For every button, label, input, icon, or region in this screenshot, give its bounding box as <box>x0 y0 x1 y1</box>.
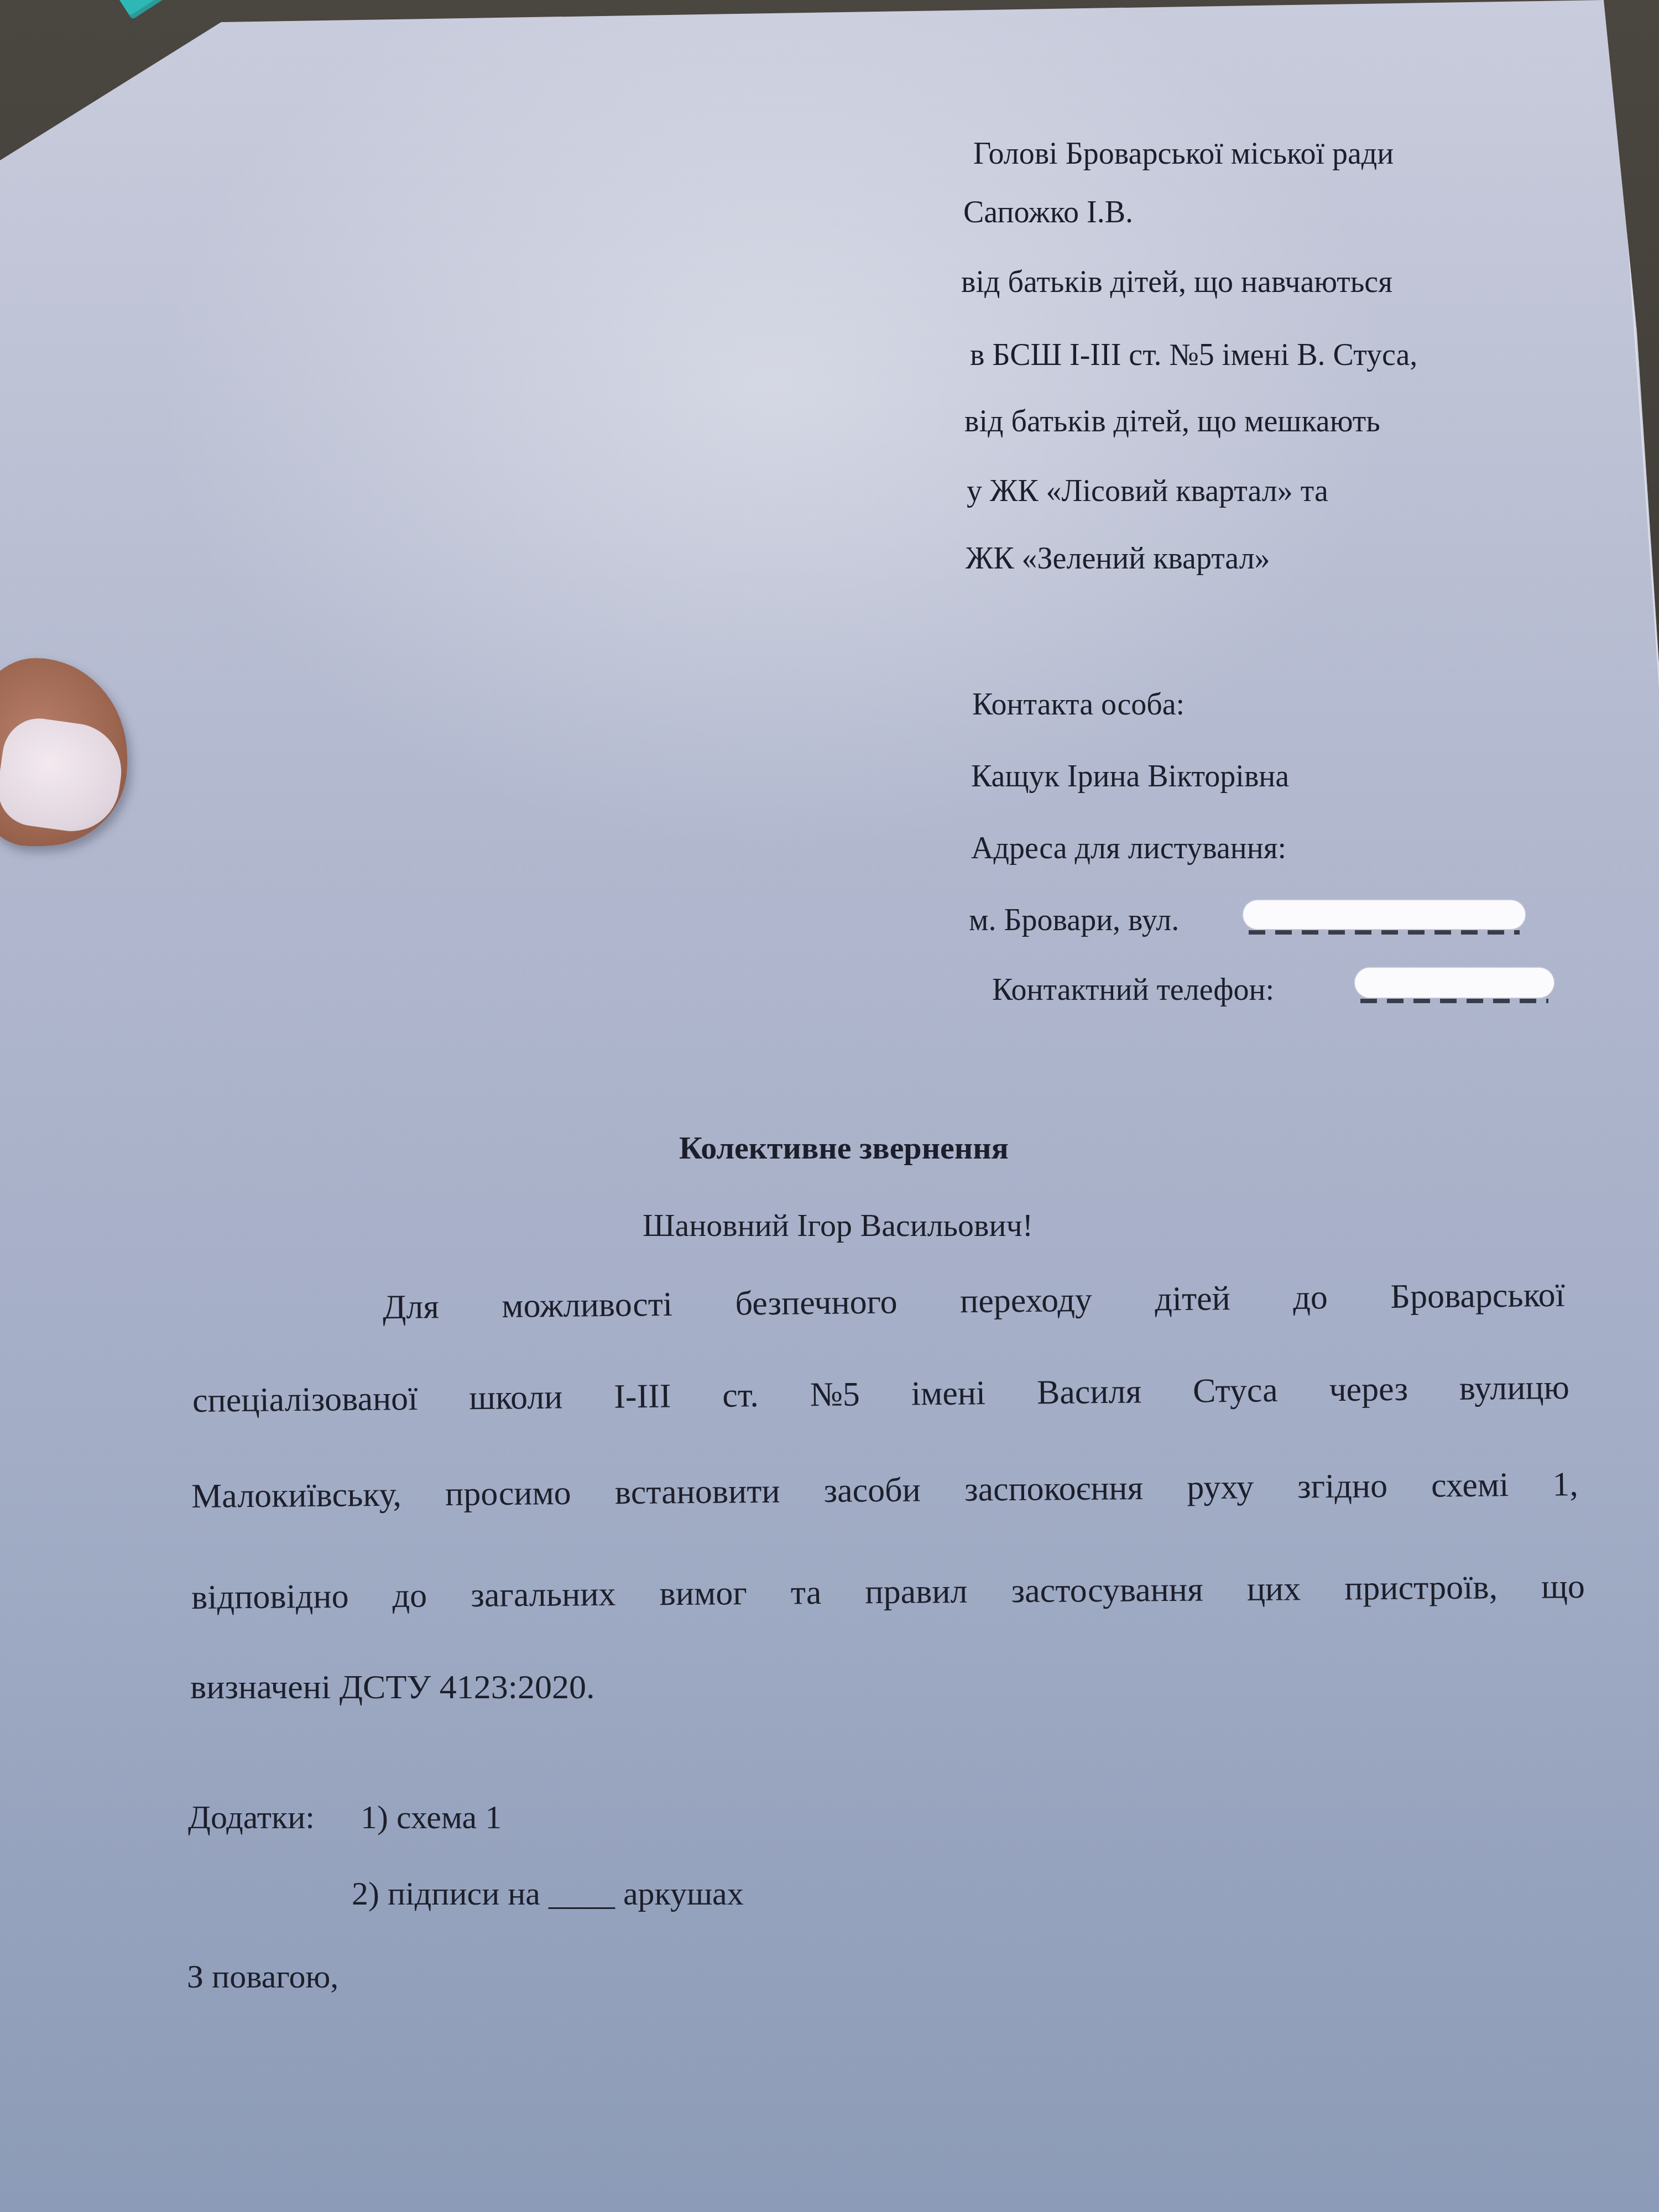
body-line: Для можливості безпечного переходу дітей… <box>383 1276 1566 1327</box>
closing: З повагою, <box>187 1958 338 1996</box>
attachment-item: 2) підписи на ____ аркушах <box>352 1875 744 1913</box>
address-value: м. Бровари, вул. <box>969 902 1179 938</box>
address-redaction <box>1243 900 1525 929</box>
body-line: визначені ДСТУ 4123:2020. <box>190 1668 594 1707</box>
redacted-text-remnant <box>1360 999 1548 1003</box>
phone-label: Контактний телефон: <box>992 972 1274 1008</box>
body-line: Малокиївську, просимо встановити засоби … <box>191 1465 1579 1516</box>
addressee-line: у ЖК «Лісовий квартал» та <box>967 473 1328 509</box>
attachment-item: 1) схема 1 <box>361 1798 502 1837</box>
addressee-line: Сапожко І.В. <box>963 195 1133 230</box>
addressee-line: Голові Броварської міської ради <box>973 136 1394 171</box>
contact-person-label: Контакта особа: <box>972 687 1185 722</box>
document-sheet: Голові Броварської міської ради Сапожко … <box>0 0 1659 2212</box>
address-label: Адреса для листування: <box>971 831 1286 866</box>
phone-redaction <box>1355 968 1554 998</box>
attachments-label: Додатки: <box>188 1798 315 1837</box>
addressee-line: від батьків дітей, що мешкають <box>964 404 1380 439</box>
document-title: Колективне звернення <box>679 1129 1009 1166</box>
salutation: Шановний Ігор Васильович! <box>643 1207 1033 1244</box>
contact-person-name: Кащук Ірина Вікторівна <box>971 759 1289 794</box>
body-line: спеціалізованої школи І-ІІІ ст. №5 імені… <box>192 1368 1570 1421</box>
body-line: відповідно до загальних вимог та правил … <box>191 1567 1585 1618</box>
addressee-line: від батьків дітей, що навчаються <box>961 264 1392 300</box>
addressee-line: ЖК «Зелений квартал» <box>966 541 1270 576</box>
addressee-line: в БСШ І-ІІІ ст. №5 імені В. Стуса, <box>970 337 1417 373</box>
redacted-text-remnant <box>1249 930 1520 935</box>
